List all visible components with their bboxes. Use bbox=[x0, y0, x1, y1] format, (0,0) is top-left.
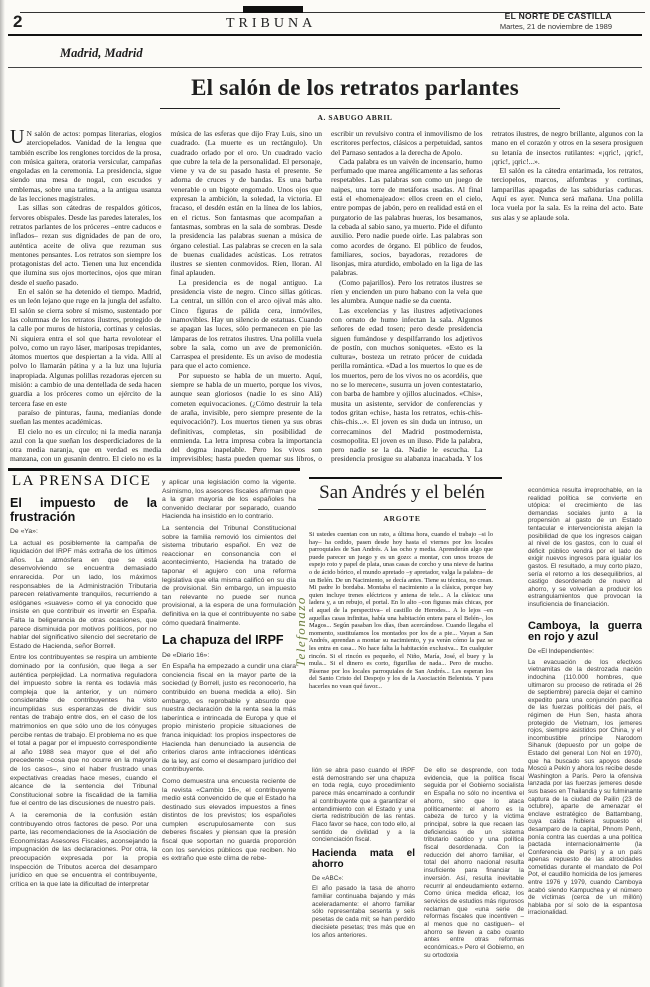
prensa-dice-column-4: De ello se desprende, con toda evidencia… bbox=[424, 767, 524, 985]
masthead: EL NORTE DE CASTILLA Martes, 21 de novie… bbox=[500, 11, 612, 31]
hacienda-continuation: De ello se desprende, con toda evidencia… bbox=[424, 767, 524, 960]
camboya-source: De «El Independiente»: bbox=[528, 648, 642, 656]
article-paragraph: Las sillas son cátedras de respaldos gót… bbox=[10, 203, 162, 287]
impuesto-paragraph: Entre los contribuyentes se respira un a… bbox=[10, 654, 157, 809]
article-paragraph: El salón es la cátedra entarimada, los r… bbox=[492, 166, 644, 222]
hacienda-right-continuation: económica resulta irreprochable, en la r… bbox=[528, 487, 642, 609]
headline-rule bbox=[160, 108, 560, 109]
section-title: TRIBUNA bbox=[226, 16, 316, 32]
newspaper-page: 2 TRIBUNA EL NORTE DE CASTILLA Martes, 2… bbox=[0, 0, 650, 987]
camboya-heading: Camboya, la guerra en rojo y azul bbox=[528, 621, 642, 645]
hacienda-source: De «ABC»: bbox=[312, 875, 415, 883]
chapuza-continuation: lión se abra paso cuando el IRPF está de… bbox=[312, 767, 415, 844]
kicker-rule bbox=[8, 67, 642, 68]
section-bar bbox=[243, 6, 303, 13]
main-byline: A. SABUGO ABRIL bbox=[70, 113, 640, 122]
prensa-dice-column-3: lión se abra paso cuando el IRPF está de… bbox=[312, 767, 415, 985]
chapuza-heading: La chapuza del IRPF bbox=[162, 634, 296, 648]
chapuza-paragraph: Como demuestra una encuesta reciente de … bbox=[162, 778, 296, 864]
telefonazo-label: Telefonazo bbox=[293, 492, 309, 667]
article-paragraph: La presidencia es de nogal antiguo. La p… bbox=[171, 278, 323, 371]
article-paragraph: En el salón se ha detenido el tiempo. Ma… bbox=[10, 287, 162, 408]
prensa-dice-title: LA PRENSA DICE bbox=[12, 473, 151, 490]
prensa-dice-right-column: económica resulta irreprochable, en la r… bbox=[528, 487, 642, 985]
camboya-paragraph: La evacuación de los efectivos vietnamit… bbox=[528, 659, 642, 917]
san-andres-body: Si ustedes cuentan con un rato, a última… bbox=[309, 531, 493, 761]
article-paragraph: UN salón de actos: pompas literarias, el… bbox=[10, 129, 162, 203]
chapuza-source: De «Diario 16»: bbox=[162, 652, 296, 661]
hacienda-heading: Hacienda mata el ahorro bbox=[312, 849, 415, 871]
column-kicker: Madrid, Madrid bbox=[60, 46, 143, 61]
prensa-dice-rule bbox=[8, 468, 300, 471]
main-article-body: UN salón de actos: pompas literarias, el… bbox=[10, 129, 643, 465]
impuesto-heading: El impuesto de la frustración bbox=[10, 497, 157, 524]
san-andres-top-rule bbox=[309, 477, 502, 479]
newspaper-name: EL NORTE DE CASTILLA bbox=[500, 11, 612, 21]
chapuza-paragraph: En España ha empezado a cundir una clara… bbox=[162, 663, 296, 775]
san-andres-headline: San Andrés y el belén bbox=[309, 482, 495, 504]
prensa-dice-column-1: El impuesto de la frustración De «Ya»: L… bbox=[10, 497, 157, 985]
san-andres-mid-rule bbox=[318, 509, 486, 510]
impuesto-paragraph: La actual es posiblemente la campaña de … bbox=[10, 540, 157, 652]
scan-edge-smudge bbox=[0, 0, 5, 987]
page-number: 2 bbox=[13, 12, 22, 32]
drop-cap: U bbox=[10, 129, 24, 145]
article-paragraph: paraíso de pinturas, fauna, medianías do… bbox=[10, 408, 162, 427]
main-headline: El salón de los retratos parlantes bbox=[70, 75, 640, 101]
impuesto-paragraph: A la ceremonia de la confusión están con… bbox=[10, 812, 157, 889]
article-paragraph: (Como pajarillos). Pero los retratos ilu… bbox=[331, 278, 483, 306]
header-rule bbox=[8, 34, 642, 36]
impuesto-source: De «Ya»: bbox=[10, 528, 157, 537]
hacienda-paragraph: El año pasado la tasa de ahorro familiar… bbox=[312, 885, 415, 939]
article-paragraph: Cada palabra es un vaivén de incensario,… bbox=[331, 157, 483, 278]
prensa-dice-column-2: y aplicar una legislación como la vigent… bbox=[162, 479, 296, 985]
impuesto-continuation: La sentencia del Tribunal Constitucional… bbox=[162, 525, 296, 628]
san-andres-paragraph: Si ustedes cuentan con un rato, a última… bbox=[309, 531, 493, 690]
issue-date: Martes, 21 de noviembre de 1989 bbox=[500, 22, 612, 31]
san-andres-byline: ARGOTE bbox=[309, 514, 495, 523]
impuesto-continuation: y aplicar una legislación como la vigent… bbox=[162, 479, 296, 522]
